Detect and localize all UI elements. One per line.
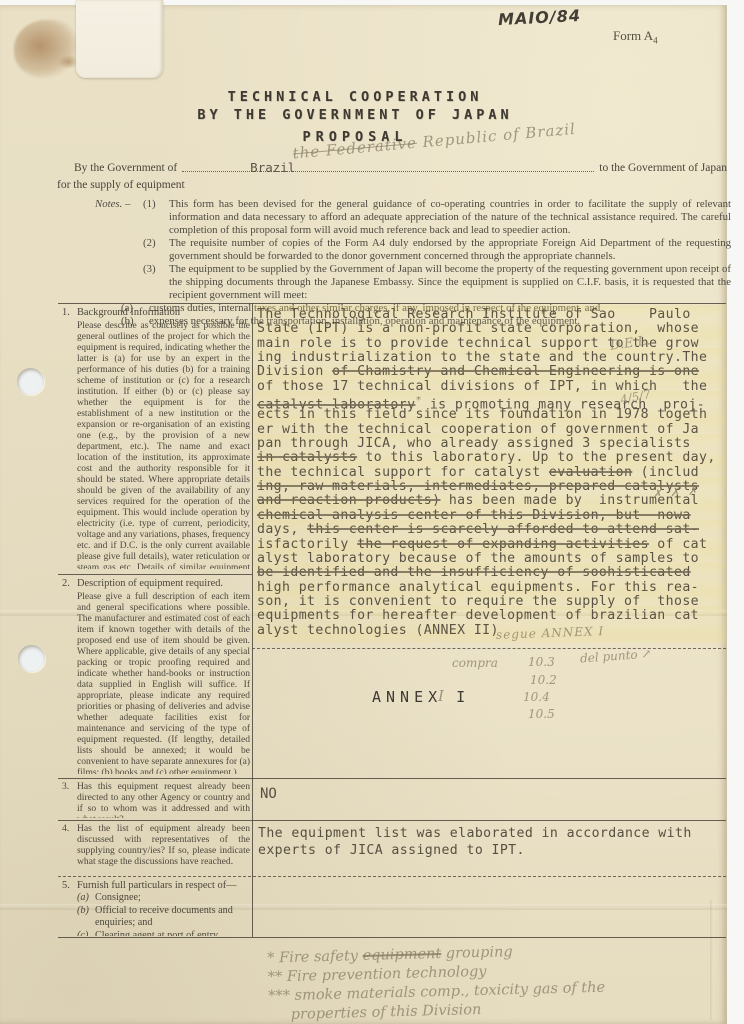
text-segment: (includ [632, 465, 699, 480]
text-segment: The Technological Research Institute of … [257, 307, 691, 322]
text-segment: alyst laboratory because of the amounts … [257, 551, 699, 566]
typed-line: days, this center is scarcely afforded t… [257, 523, 727, 537]
supply-of-equipment-line: for the supply of equipment [57, 179, 185, 191]
note-number: (2) [143, 237, 169, 263]
item-heading: Background Information [77, 307, 250, 319]
item-heading: Furnish full particulars in respect of— [77, 880, 250, 892]
country-entry: Brazil [250, 160, 295, 175]
handwritten-footnotes: * Fire safety equipment grouping** Fire … [267, 939, 689, 1024]
typed-answer-block: The Technological Research Institute of … [257, 308, 727, 638]
item-heading: Has the list of equipment already been d… [77, 824, 250, 868]
typed-line: chemical analysis center of this Divisio… [257, 509, 727, 523]
form-number-text: Form A [613, 28, 653, 43]
note-row: (3)The equipment to be supplied by the G… [95, 263, 731, 302]
form-number-label: Form A4 [613, 28, 658, 46]
by-government-suffix: to the Government of Japan [599, 162, 727, 174]
item-number: 2. [62, 578, 77, 590]
table-rule-bottom [58, 937, 726, 938]
text-segment: properties of this Division [291, 1002, 482, 1023]
text-segment: of cat [649, 537, 707, 552]
item-number: 3. [62, 782, 77, 818]
question-4-cell: 4.Has the list of equipment already been… [62, 824, 250, 874]
item-number: 4. [62, 824, 77, 868]
note-number: (3) [143, 263, 169, 302]
paper-crease [710, 900, 714, 1020]
table-rule-row5 [58, 876, 726, 878]
text-segment: pan through JICA, who already assigned 3… [257, 436, 691, 451]
question-5-cell: 5.Furnish full particulars in respect of… [62, 880, 250, 936]
handwritten-point-number: 10.5 [528, 707, 555, 721]
typed-line: ing industrialization to the state and t… [257, 351, 727, 365]
by-government-line: By the Government of Brazil to the Gover… [74, 156, 727, 174]
handwritten-point-number: 10.3 [528, 655, 555, 669]
answer-3: NO [260, 786, 277, 802]
text-segment: Division [257, 364, 332, 379]
sub-text: Consignee; [95, 892, 141, 905]
table-rule-top [58, 303, 726, 304]
title-line-1: TECHNICAL COOPERATION [160, 88, 550, 106]
sub-letter: (a) [77, 892, 95, 905]
table-rule-left-1-2 [58, 574, 252, 575]
sub-text: Clearing agent at port of entry. [95, 930, 220, 936]
answer-4-line-2: experts of JICA assigned to IPT. [258, 842, 692, 859]
struck-text: ing, raw materials, intermediates, prepa… [257, 479, 699, 494]
struck-text: in catalysts [257, 450, 357, 465]
dotted-fill-line: Brazil [182, 156, 594, 172]
text-segment: * Fire safety [267, 948, 363, 966]
item-number: 1. [62, 307, 77, 319]
typed-line: alyst laboratory because of the amounts … [257, 552, 727, 566]
answer-4: The equipment list was elaborated in acc… [258, 825, 692, 859]
typed-line: er with the technical cooperation of gov… [257, 423, 727, 437]
tape-tab [76, 0, 163, 78]
struck-text: evaluation [549, 465, 632, 480]
note-text: The equipment to be supplied by the Gove… [169, 263, 731, 302]
answer-4-line-1: The equipment list was elaborated in acc… [258, 825, 692, 842]
table-rule-row3 [58, 778, 726, 779]
note-row: (2)The requisite number of copies of the… [95, 237, 731, 263]
text-segment: alyst technologies (ANNEX II) [257, 623, 499, 638]
item-number: 5. [62, 880, 77, 892]
text-segment: grouping [441, 944, 513, 962]
note-text: This form has been devised for the gener… [169, 198, 731, 237]
text-segment: State (IPT) is a non-profit state corpor… [257, 321, 699, 336]
typed-line: high performance analytical equipments. … [257, 581, 727, 595]
struck-text: this center is scarcely afforded to atte… [307, 522, 699, 537]
question-3-cell: 3.Has this equipment request already bee… [62, 782, 250, 818]
notes-label [95, 263, 143, 302]
question-2-cell: 2.Description of equipment required. Ple… [62, 578, 250, 774]
handwritten-point-number: 10.4 [523, 690, 550, 704]
form-number-subscript: 4 [653, 36, 658, 46]
text-segment: ing industrialization to the state and t… [257, 350, 707, 365]
text-segment: er with the technical cooperation of gov… [257, 422, 699, 437]
scanned-form-page: { "annotations": { "date_note": "MAIO/84… [0, 0, 744, 1024]
typed-line: of those 17 technical divisions of IPT, … [257, 380, 727, 394]
by-government-prefix: By the Government of [74, 162, 177, 174]
struck-text: chemical analysis center of this Divisio… [257, 508, 691, 523]
typed-line: equipments for hereafter development of … [257, 609, 727, 623]
note-number: (1) [143, 198, 169, 237]
text-segment: isfactorily [257, 537, 357, 552]
table-rule-right-annex [252, 648, 726, 650]
text-segment: son, it is convenient to require the sup… [257, 594, 699, 609]
punch-hole [17, 368, 44, 395]
typed-line: The Technological Research Institute of … [257, 308, 727, 322]
typed-line: the technical support for catalyst evalu… [257, 466, 727, 480]
struck-text: and reaction products) [257, 493, 440, 508]
title-line-2: BY THE GOVERNMENT OF JAPAN [160, 106, 550, 124]
note-text: The requisite number of copies of the Fo… [169, 237, 731, 263]
typed-line: in catalysts to this laboratory. Up to t… [257, 451, 727, 465]
note-row: Notes. –(1)This form has been devised fo… [95, 198, 731, 237]
handwritten-point-number: 10.2 [530, 673, 557, 687]
text-segment: days, [257, 522, 307, 537]
struck-text: be identified and the insufficiency of s… [257, 565, 691, 580]
text-segment: to this laboratory. Up to the present da… [357, 450, 716, 465]
item-heading: Description of equipment required. [77, 578, 250, 590]
notes-label: Notes. – [95, 198, 143, 237]
typed-line: main role is to provide technical suppor… [257, 337, 727, 351]
item-body: Please give a full description of each i… [77, 592, 250, 774]
text-segment: ects in this field since its foundation … [257, 407, 707, 422]
struck-text: equipment [362, 946, 441, 964]
text-segment: equipments for hereafter development of … [257, 608, 699, 623]
punch-hole [18, 645, 45, 672]
sub-letter: (b) [77, 905, 95, 930]
typed-line: son, it is convenient to require the sup… [257, 595, 727, 609]
typed-line: Division of Chamistry and Chemical Engin… [257, 365, 727, 379]
item-body: Please describe as concisely as possible… [77, 321, 250, 569]
typed-line: ects in this field since its foundation … [257, 408, 727, 422]
typed-line: alyst technologies (ANNEX II) [257, 624, 727, 638]
struck-text: the request of expanding activities [357, 537, 649, 552]
typed-line: be identified and the insufficiency of s… [257, 566, 727, 580]
sub-letter: (c) [77, 930, 95, 936]
item-heading: Has this equipment request already been … [77, 782, 250, 818]
handwritten-compra-note: compra [452, 656, 498, 670]
typed-line: catalyst laboratory* is promoting many r… [257, 394, 727, 408]
annex-heading: ANNEX I [372, 688, 470, 706]
text-segment: high performance analytical equipments. … [257, 580, 699, 595]
table-rule-row4 [58, 820, 726, 821]
struck-text: of Chamistry and Chemical Engineering is… [332, 364, 699, 379]
notes-label [95, 237, 143, 263]
handwritten-annex-extra-i: I [438, 687, 444, 705]
question-1-cell: 1.Background Information Please describe… [62, 307, 250, 569]
typed-line: pan through JICA, who already assigned 3… [257, 437, 727, 451]
text-segment: the technical support for catalyst [257, 465, 549, 480]
typed-line: State (IPT) is a non-profit state corpor… [257, 322, 727, 336]
typed-line: isfactorily the request of expanding act… [257, 538, 727, 552]
sub-text: Official to receive documents and enquir… [95, 905, 250, 930]
